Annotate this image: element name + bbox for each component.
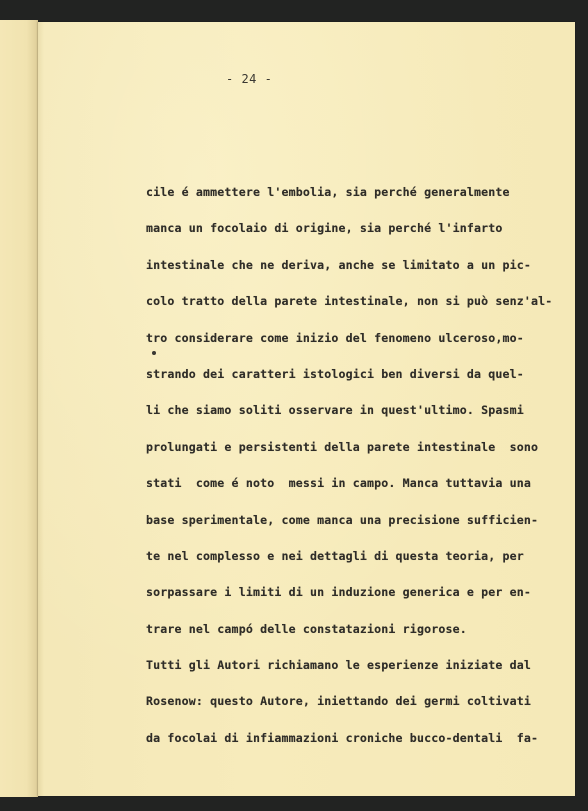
text-line: tro considerare come inizio del fenomeno…	[146, 330, 566, 366]
text-line: strando dei caratteri istologici ben div…	[146, 366, 566, 402]
text-line: colo tratto della parete intestinale, no…	[146, 293, 566, 329]
text-line: Tutti gli Autori richiamano le esperienz…	[146, 657, 566, 693]
text-line: intestinale che ne deriva, anche se limi…	[146, 257, 566, 293]
text-line: prolungati e persistenti della parete in…	[146, 439, 566, 475]
body-text: cile é ammettere l'embolia, sia perché g…	[146, 184, 566, 766]
text-line: Rosenow: questo Autore, iniettando dei g…	[146, 693, 566, 729]
text-line: trare nel campó delle constatazioni rigo…	[146, 621, 566, 657]
text-line: li che siamo soliti osservare in quest'u…	[146, 402, 566, 438]
text-line: sorpassare i limiti di un induzione gene…	[146, 584, 566, 620]
page-number: - 24 -	[226, 72, 272, 86]
text-line: stati come é noto messi in campo. Manca …	[146, 475, 566, 511]
facing-page-edge	[0, 20, 38, 797]
document-page: - 24 - cile é ammettere l'embolia, sia p…	[38, 22, 575, 796]
text-line: manca un focolaio di origine, sia perché…	[146, 220, 566, 256]
text-line: base sperimentale, come manca una precis…	[146, 512, 566, 548]
text-line: da focolai di infiammazioni croniche buc…	[146, 730, 566, 766]
text-line: cile é ammettere l'embolia, sia perché g…	[146, 184, 566, 220]
text-line: te nel complesso e nei dettagli di quest…	[146, 548, 566, 584]
